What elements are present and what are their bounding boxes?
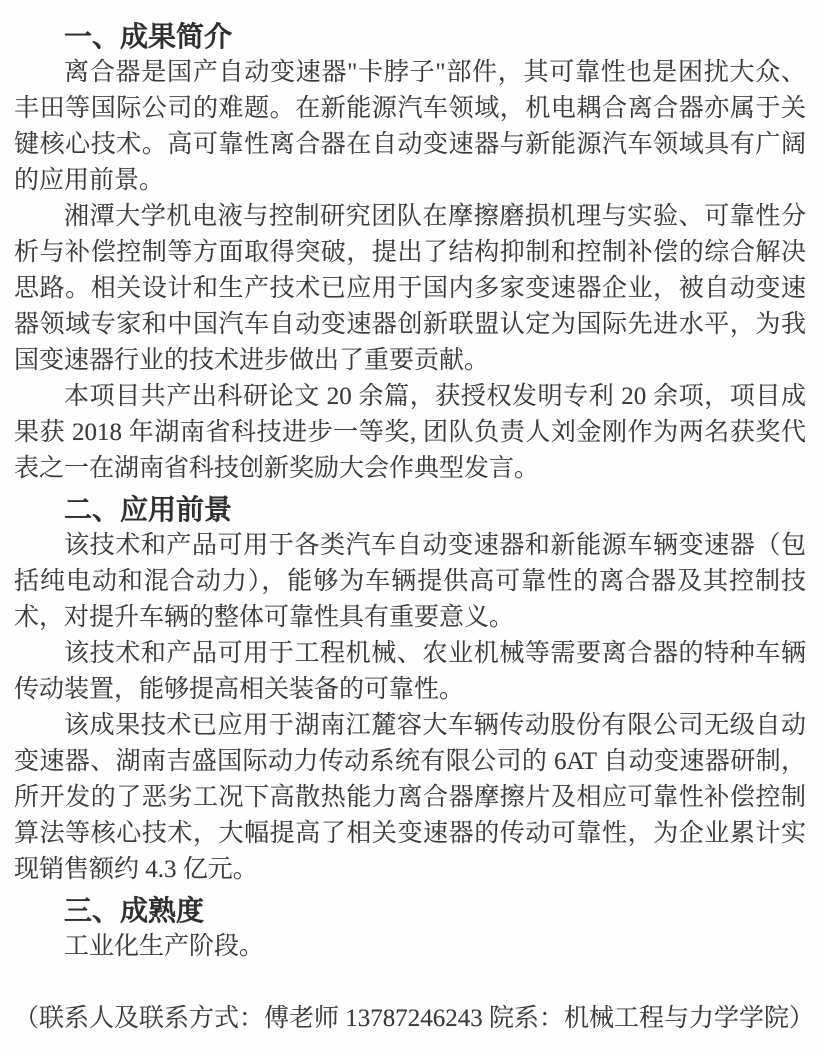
section-3-paragraph-1: 工业化生产阶段。 (14, 929, 806, 965)
section-application-prospect: 二、应用前景 该技术和产品可用于各类汽车自动变速器和新能源车辆变速器（包括纯电动… (14, 492, 806, 888)
section-1-paragraph-2: 湘潭大学机电液与控制研究团队在摩擦磨损机理与实验、可靠性分析与补偿控制等方面取得… (14, 199, 806, 379)
contact-line: （联系人及联系方式：傅老师 13787246243 院系：机械工程与力学学院） (14, 1001, 806, 1037)
section-achievement-intro: 一、成果简介 离合器是国产自动变速器"卡脖子"部件，其可靠性也是困扰大众、丰田等… (14, 19, 806, 487)
section-2-paragraph-1: 该技术和产品可用于各类汽车自动变速器和新能源车辆变速器（包括纯电动和混合动力），… (14, 528, 806, 636)
document-page: 一、成果简介 离合器是国产自动变速器"卡脖子"部件，其可靠性也是困扰大众、丰田等… (0, 0, 822, 1054)
section-3-heading: 三、成熟度 (14, 893, 806, 929)
section-1-heading: 一、成果简介 (14, 19, 806, 55)
section-maturity: 三、成熟度 工业化生产阶段。 (14, 893, 806, 965)
section-2-paragraph-2: 该技术和产品可用于工程机械、农业机械等需要离合器的特种车辆传动装置，能够提高相关… (14, 636, 806, 708)
section-1-paragraph-3: 本项目共产出科研论文 20 余篇，获授权发明专利 20 余项，项目成果获 201… (14, 379, 806, 487)
section-1-paragraph-1: 离合器是国产自动变速器"卡脖子"部件，其可靠性也是困扰大众、丰田等国际公司的难题… (14, 55, 806, 199)
section-2-heading: 二、应用前景 (14, 492, 806, 528)
section-2-paragraph-3: 该成果技术已应用于湖南江麓容大车辆传动股份有限公司无级自动变速器、湖南吉盛国际动… (14, 708, 806, 888)
